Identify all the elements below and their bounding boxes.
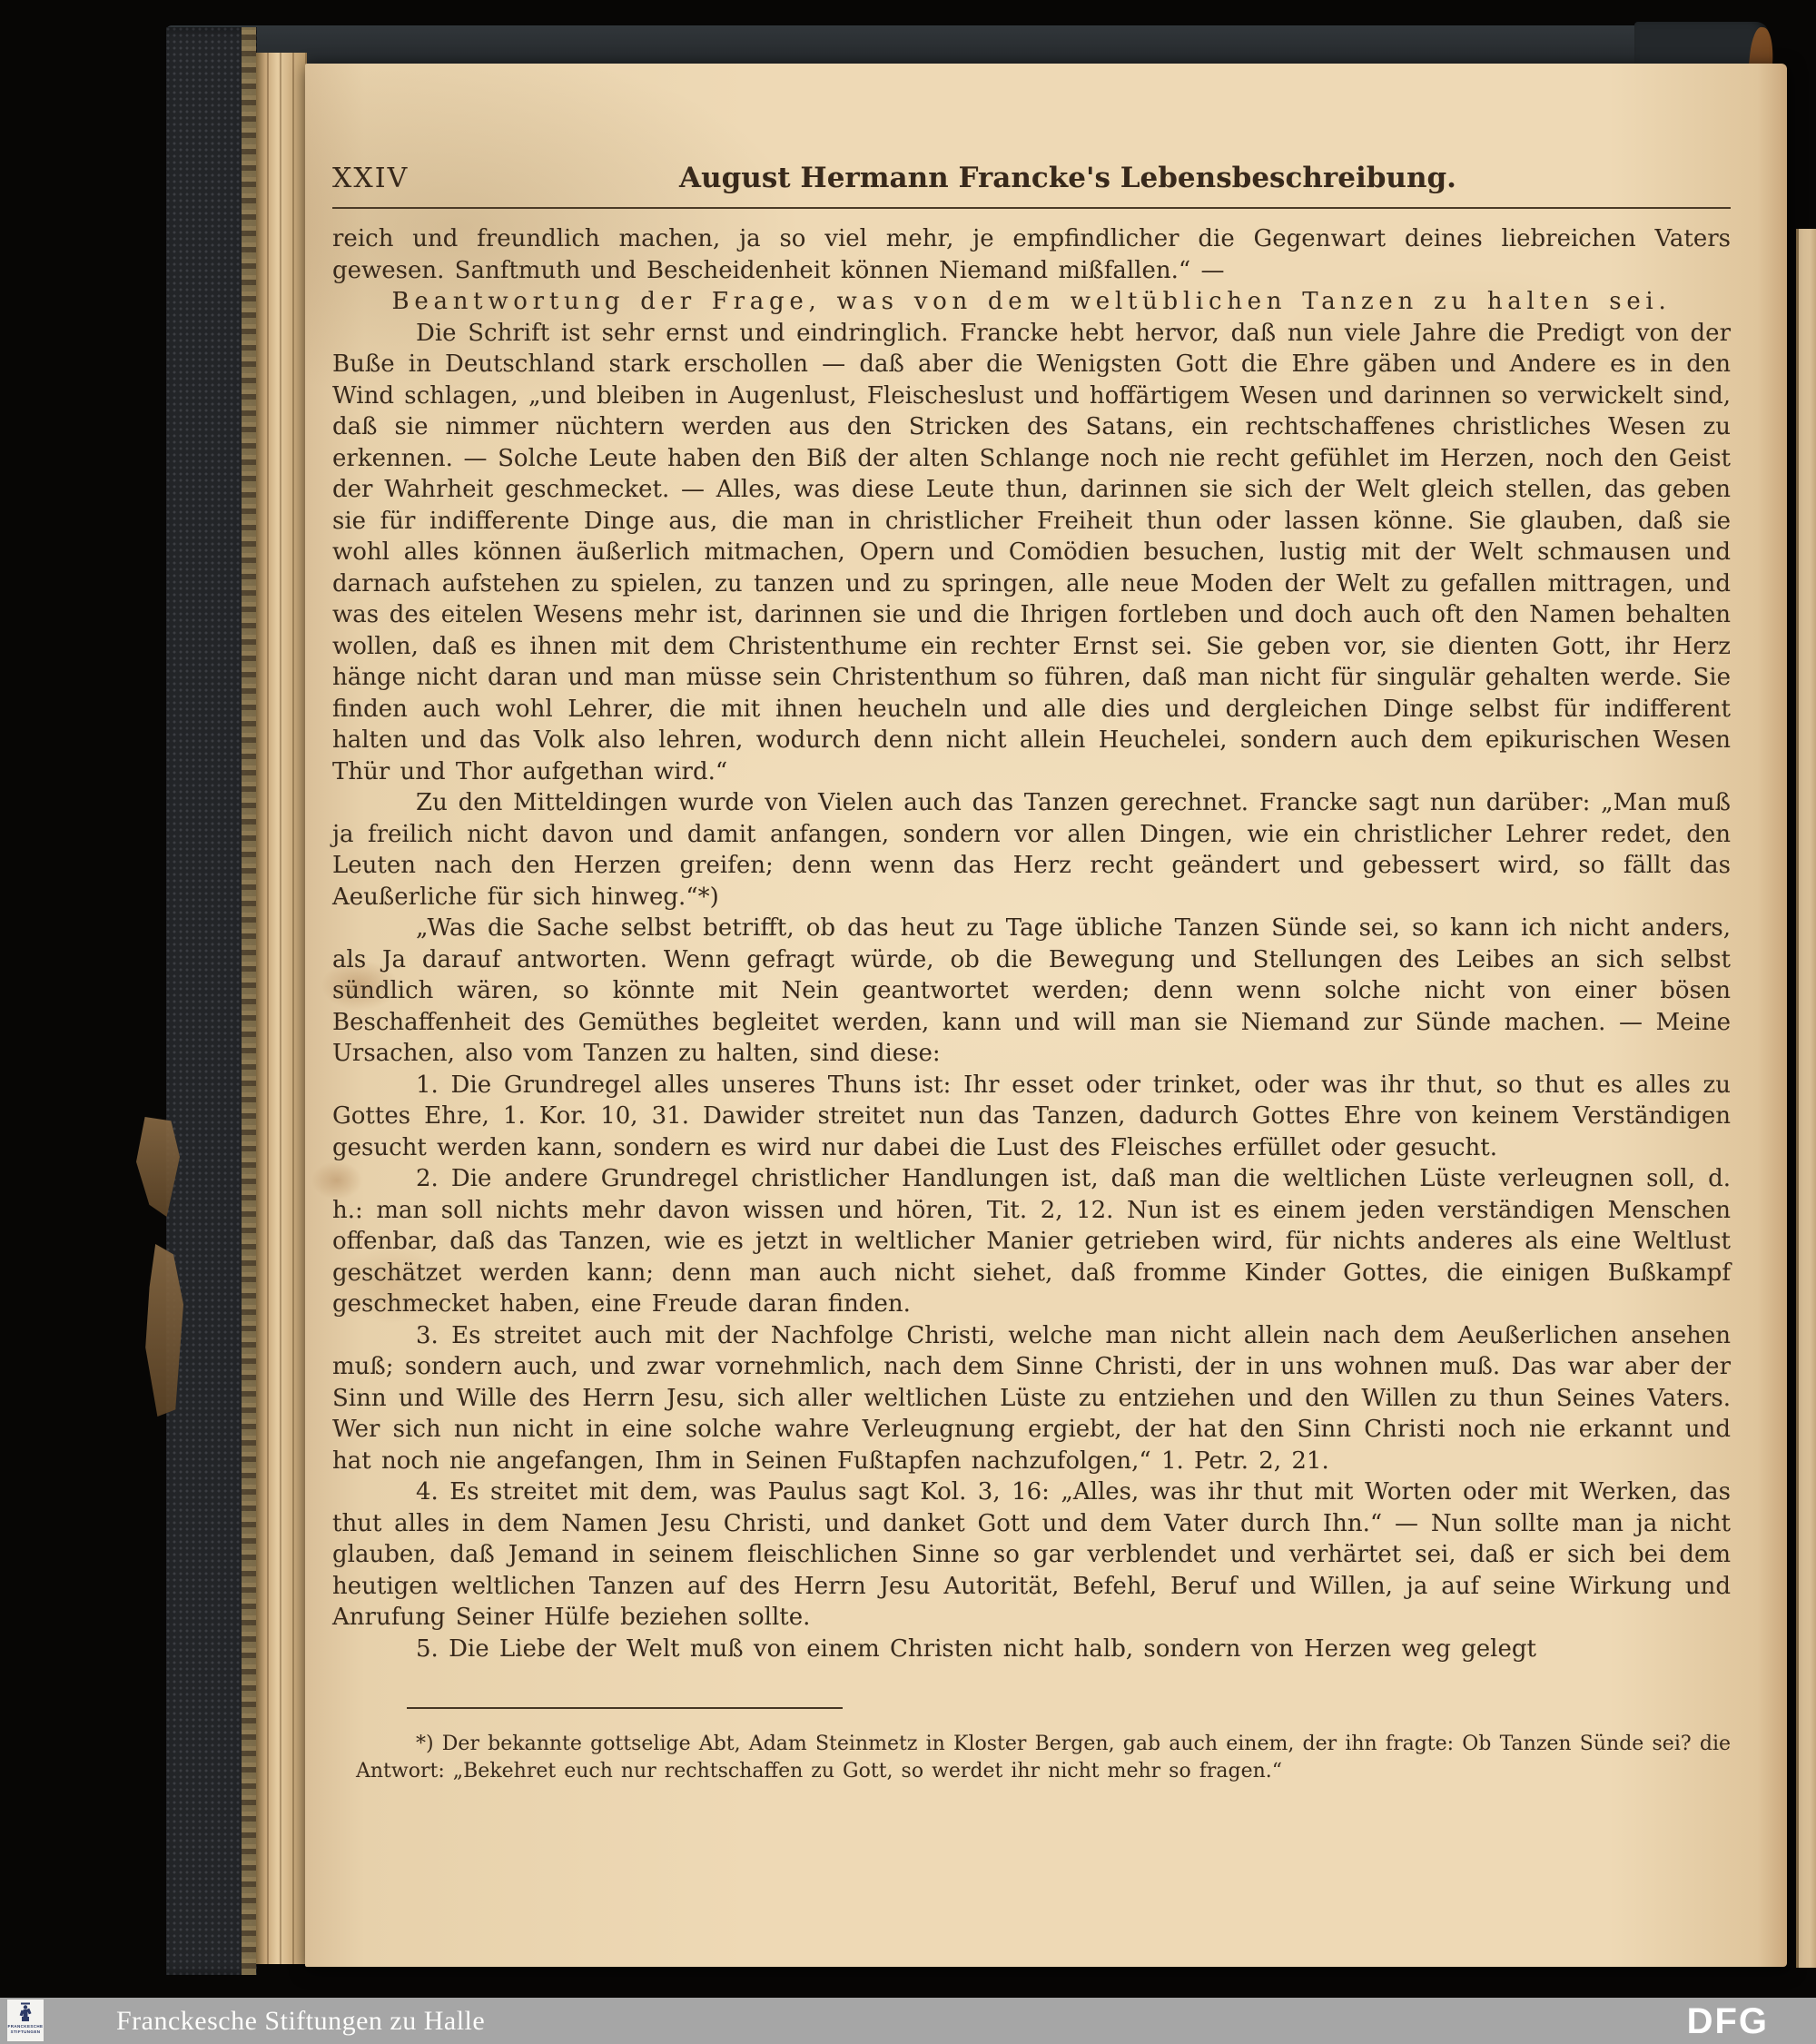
footnote-block: *) Der bekannte gottselige Abt, Adam Ste… (332, 1707, 1731, 1785)
paragraph: 3. Es streitet auch mit der Nachfolge Ch… (332, 1320, 1731, 1477)
paragraph: „Was die Sache selbst betrifft, ob das h… (332, 913, 1731, 1070)
paragraph: 5. Die Liebe der Welt muß von einem Chri… (332, 1634, 1731, 1665)
paragraph: Die Schrift ist sehr ernst und eindringl… (332, 318, 1731, 788)
logo-caption-line1: FRANCKESCHE (8, 2024, 44, 2029)
dfg-logo: DFG (1687, 2001, 1769, 2042)
next-page-edge (1796, 229, 1816, 1968)
page-content: XXIV August Hermann Francke's Lebensbesc… (305, 64, 1787, 1664)
footnote-rule (407, 1707, 843, 1709)
page-number: XXIV (332, 163, 514, 194)
page-block-edges (256, 53, 307, 1964)
running-title: August Hermann Francke's Lebensbeschreib… (514, 162, 1622, 194)
logo-caption-line2: STIFTUNGEN (8, 2029, 44, 2035)
paragraph: 1. Die Grundregel alles unseres Thuns is… (332, 1070, 1731, 1164)
header-rule (332, 207, 1731, 209)
provider-name: Franckesche Stiftungen zu Halle (116, 2006, 485, 2037)
paragraph: 4. Es streitet mit dem, was Paulus sagt … (332, 1476, 1731, 1634)
section-heading: Beantwortung der Frage, was von dem welt… (332, 286, 1731, 318)
statue-icon (17, 2002, 34, 2022)
scanned-book-page: XXIV August Hermann Francke's Lebensbesc… (305, 64, 1787, 1967)
page-header: XXIV August Hermann Francke's Lebensbesc… (332, 162, 1731, 194)
franckesche-stiftungen-logo: FRANCKESCHE STIFTUNGEN (7, 2000, 44, 2041)
provider-footer-bar: FRANCKESCHE STIFTUNGEN Franckesche Stift… (0, 1998, 1816, 2044)
footnote-text: *) Der bekannte gottselige Abt, Adam Ste… (332, 1731, 1731, 1785)
paragraph: reich und freundlich machen, ja so viel … (332, 223, 1731, 286)
body-text: reich und freundlich machen, ja so viel … (332, 223, 1731, 1664)
logo-caption: FRANCKESCHE STIFTUNGEN (8, 2024, 44, 2034)
paragraph: Zu den Mitteldingen wurde von Vielen auc… (332, 787, 1731, 913)
paragraph: 2. Die andere Grundregel christlicher Ha… (332, 1163, 1731, 1320)
spine-gilt-band (242, 27, 256, 1975)
